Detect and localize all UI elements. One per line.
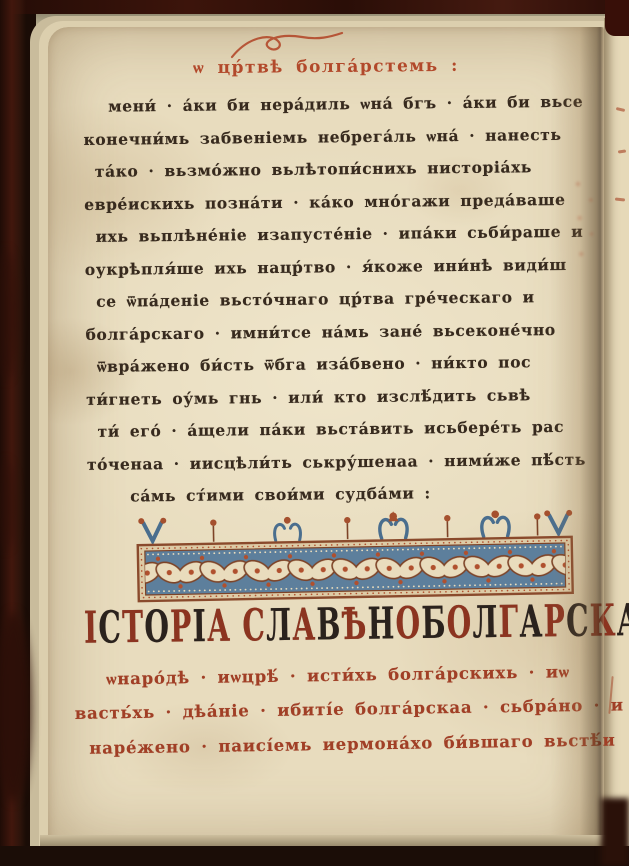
ornamental-title: ІСТОРІА СЛАВѢНОБОЛГАРСКАЯ [84, 591, 629, 659]
text-line: ѿвра́жено би́сть ѿбга иза́бвено · ни́кто… [81, 346, 581, 384]
finial-bud [534, 513, 541, 535]
binding-top [0, 0, 629, 14]
chapter-header: ѡ цр́твѣ болга́рстемь : [48, 55, 604, 80]
finial-bud [210, 519, 217, 541]
subtitle-block: ѡнаро́дѣ · иѡцрѣ́ · исти́хь болга́рскихь… [74, 655, 596, 766]
text-line: та́ко · вьзмо́жно вьлѣтопи́снихь нисторі… [79, 151, 579, 189]
text-line: то́ченаа · иисцѣли́ть ськру́шенаа · ними… [82, 443, 582, 481]
gutter-shadow [550, 27, 604, 847]
text-line: болга́рскаго · имни́тсе на́мь зане́ вьсе… [80, 313, 580, 351]
finial-sprig [379, 511, 407, 539]
text-line: конечни́мь забвеніемь небрега́ль ѡна́ · … [78, 118, 578, 156]
binding-bottom [0, 846, 629, 866]
finial-sprig [481, 510, 509, 536]
parchment-page: ѡ цр́твѣ болга́рстемь : мени́ · а́ки би … [48, 27, 604, 847]
finial-curl [274, 517, 300, 541]
text-line: се ѿпа́деніе вьсто́чнаго цр́тва гре́ческ… [80, 281, 580, 319]
ornamental-title-block: ІСТОРІА СЛАВѢНОБОЛГАРСКАЯ [84, 591, 625, 663]
binding-bottom-right-corner [601, 798, 629, 866]
manuscript-scan: ѡ цр́твѣ болга́рстемь : мени́ · а́ки би … [0, 0, 629, 866]
text-line: мени́ · а́ки би нера́диль ѡна́ бгъ · а́к… [78, 86, 578, 124]
text-line: ти́ его́ · а́щели па́ки вьста́вить исьбе… [81, 411, 581, 449]
finial-bud [344, 517, 351, 539]
text-line: ти́гнеть оу́мь гнь · или́ кто изслѣ́дить… [81, 378, 581, 416]
finial-bud [444, 515, 451, 537]
text-line: евре́искихь позна́ти · ка́ко мно́гажи пр… [79, 183, 579, 221]
ink-bleed-stain [566, 172, 606, 272]
text-line: ихь вьплѣне́ніе изапусте́ніе · ипа́ки сь… [79, 216, 579, 254]
binding-bulge [0, 612, 31, 802]
subtitle-line: наре́жено · паисі́емь иермона́хо би́вшаг… [75, 724, 595, 766]
text-line: оукрѣпля́ше ихь нацр́тво · я́коже ини́нѣ… [80, 248, 580, 286]
body-text-block: мени́ · а́ки би нера́диль ѡна́ бгъ · а́к… [78, 86, 582, 514]
finial-corner-left [138, 518, 166, 542]
binding-top-right-corner [605, 0, 629, 36]
